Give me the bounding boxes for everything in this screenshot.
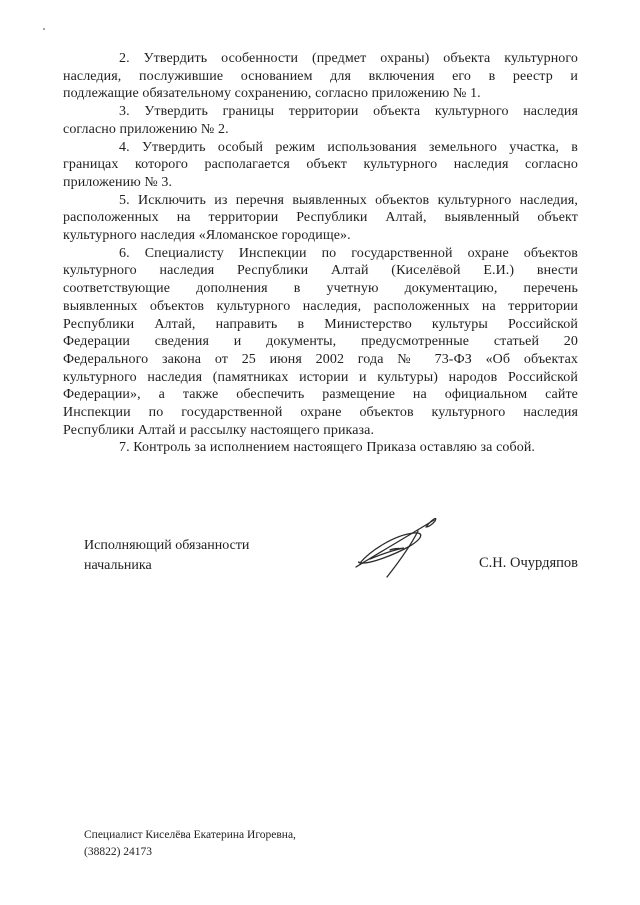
text-line: культурного наследия Республики Алтай (К… [63,262,578,280]
text-line: Инспекции по государственной охране объе… [63,404,578,422]
text-line: 6. Специалисту Инспекции по государствен… [63,245,578,263]
text-line: культурного наследия (памятниках истории… [63,369,578,387]
text-line: Федерации сведения и документы, предусмо… [63,333,578,351]
text-line: наследия, послужившие основанием для вкл… [63,68,578,86]
text-line: 3. Утвердить границы территории объекта … [63,103,578,121]
document-page: 2. Утвердить особенности (предмет охраны… [0,0,640,905]
text-line: Республики Алтай, направить в Министерст… [63,316,578,334]
signer-title-line: Исполняющий обязанности [84,536,249,556]
contact-person: Специалист Киселёва Екатерина Игоревна, [84,827,296,844]
text-line: подлежащие обязательному сохранению, сог… [63,85,578,103]
signer-title: Исполняющий обязанности начальника [84,536,249,576]
text-line: культурного наследия «Яломанское городищ… [63,227,578,245]
text-line: границах которого располагается объект к… [63,156,578,174]
text-line: 5. Исключить из перечня выявленных объек… [63,192,578,210]
text-line: Федерального закона от 25 июня 2002 года… [63,351,578,369]
text-line: расположенных на территории Республики А… [63,209,578,227]
text-line: приложению № 3. [63,174,578,192]
text-line: Федерации», а также обеспечить размещени… [63,386,578,404]
signer-title-line: начальника [84,556,249,576]
signer-name: С.Н. Очурдяпов [479,554,578,572]
contact-footer: Специалист Киселёва Екатерина Игоревна, … [84,827,296,860]
scan-speck [43,28,45,30]
text-line: соответствующие дополнения в учетную док… [63,280,578,298]
signature-icon [336,501,460,579]
text-line: 7. Контроль за исполнением настоящего Пр… [63,439,578,457]
text-line: согласно приложению № 2. [63,121,578,139]
text-line: 2. Утвердить особенности (предмет охраны… [63,50,578,68]
text-line: Республики Алтай и рассылку настоящего п… [63,422,578,440]
order-body: 2. Утвердить особенности (предмет охраны… [63,50,578,457]
contact-phone: (38822) 24173 [84,844,296,861]
text-line: 4. Утвердить особый режим использования … [63,139,578,157]
text-line: выявленных объектов культурного наследия… [63,298,578,316]
